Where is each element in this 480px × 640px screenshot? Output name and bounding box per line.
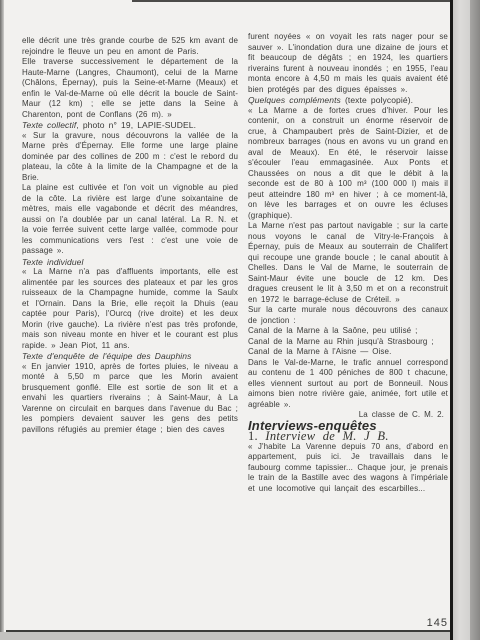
paragraph: « La Marne n'a pas d'affluents important… <box>22 267 238 351</box>
canal-list-item: Canal de la Marne à la Saône, peu utilis… <box>248 326 448 337</box>
heading-italic-part: Quelques compléments <box>248 95 341 105</box>
interview-heading: 1. Interview de M. J B. <box>248 431 448 442</box>
paragraph: « La Marne a de fortes crues d'hiver. Po… <box>248 106 448 222</box>
section-label-texte-individuel: Texte individuel <box>22 257 238 268</box>
scan-bottom-margin <box>0 632 452 640</box>
paragraph: Sur la carte murale nous découvrons des … <box>248 305 448 326</box>
left-column: elle décrit une très grande courbe de 52… <box>22 36 238 435</box>
heading-regular-part: , photo n° 19, LAPIE-SUDEL. <box>76 120 196 130</box>
page-number: 145 <box>418 617 448 629</box>
scan-top-edge <box>132 0 450 2</box>
scan-left-edge <box>0 0 4 640</box>
paragraph: « En janvier 1910, après de fortes pluie… <box>22 362 238 436</box>
paragraph: Dans le Val-de-Marne, le trafic annuel c… <box>248 358 448 411</box>
paragraph: « Sur la gravure, nous découvrons la val… <box>22 131 238 184</box>
right-column: furent noyées « on voyait les rats nager… <box>248 32 448 494</box>
heading-regular-part: (texte polycopié). <box>341 95 413 105</box>
adjacent-page-edge <box>453 0 470 640</box>
section-label-quelques-complements: Quelques compléments (texte polycopié). <box>248 95 448 106</box>
canal-list-item: Canal de la Marne au Rhin jusqu'à Strasb… <box>248 337 448 348</box>
canal-list-item: Canal de la Marne à l'Aisne — Oise. <box>248 347 448 358</box>
interview-title: Interview de M. J B. <box>265 429 388 443</box>
heading-italic-part: Texte collectif <box>22 120 76 130</box>
paragraph: furent noyées « on voyait les rats nager… <box>248 32 448 95</box>
scan-right-shadow <box>470 0 480 640</box>
scanned-page: { "page": { "number": "145" }, "left": {… <box>0 0 480 640</box>
paragraph: « J'habite La Varenne depuis 70 ans, d'a… <box>248 442 448 495</box>
paragraph: La plaine est cultivée et l'on voit un v… <box>22 183 238 257</box>
paragraph: elle décrit une très grande courbe de 52… <box>22 36 238 57</box>
interview-number: 1. <box>248 429 258 443</box>
section-label-texte-collectif: Texte collectif, photo n° 19, LAPIE-SUDE… <box>22 120 238 131</box>
paragraph: Elle traverse successivement le départem… <box>22 57 238 120</box>
section-label-texte-enquete: Texte d'enquête de l'équipe des Dauphins <box>22 351 238 362</box>
paragraph: La Marne n'est pas partout navigable ; s… <box>248 221 448 305</box>
